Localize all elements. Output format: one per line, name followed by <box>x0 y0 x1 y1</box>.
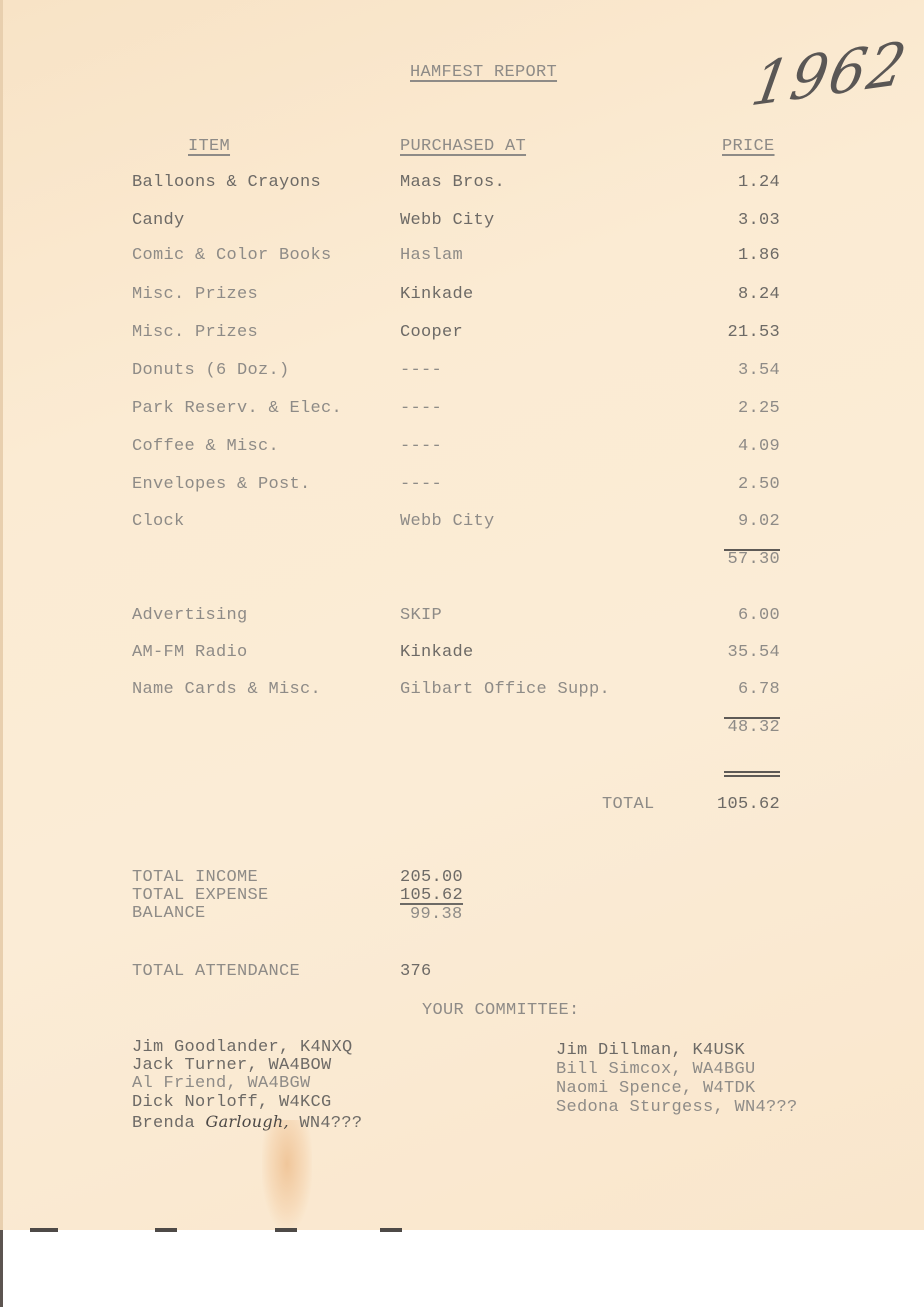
committee-member: Brenda Garlough, WN4??? <box>132 1112 362 1133</box>
item-cell: Clock <box>132 512 185 531</box>
document-title: HAMFEST REPORT <box>410 63 557 82</box>
price-cell: 6.00 <box>690 606 780 625</box>
price-cell: 2.50 <box>690 475 780 494</box>
scan-mark <box>380 1228 402 1232</box>
price-cell: 1.86 <box>690 246 780 265</box>
purchased-at-cell: Gilbart Office Supp. <box>400 680 610 699</box>
attendance-value: 376 <box>400 962 432 981</box>
purchased-at-cell: ---- <box>400 361 442 380</box>
item-cell: Donuts (6 Doz.) <box>132 361 290 380</box>
purchased-at-cell: Maas Bros. <box>400 173 505 192</box>
price-cell: 2.25 <box>690 399 780 418</box>
price-cell: 9.02 <box>690 512 780 531</box>
item-cell: Coffee & Misc. <box>132 437 279 456</box>
price-cell: 35.54 <box>690 643 780 662</box>
purchased-at-cell: ---- <box>400 475 442 494</box>
item-cell: Park Reserv. & Elec. <box>132 399 342 418</box>
item-cell: Misc. Prizes <box>132 323 258 342</box>
balance-value: 99.38 <box>410 905 463 924</box>
purchased-at-cell: ---- <box>400 399 442 418</box>
committee-heading: YOUR COMMITTEE: <box>422 1001 580 1020</box>
purchased-at-cell: SKIP <box>400 606 442 625</box>
item-cell: Envelopes & Post. <box>132 475 311 494</box>
total-label: TOTAL <box>602 795 655 814</box>
committee-member: Bill Simcox, WA4BGU <box>556 1060 756 1079</box>
committee-member: Dick Norloff, W4KCG <box>132 1093 332 1112</box>
total-double-rule-top <box>724 771 780 773</box>
balance-label: BALANCE <box>132 904 206 923</box>
item-cell: Misc. Prizes <box>132 285 258 304</box>
attendance-label: TOTAL ATTENDANCE <box>132 962 300 981</box>
committee-member: Al Friend, WA4BGW <box>132 1074 311 1093</box>
scan-mark <box>155 1228 177 1232</box>
purchased-at-cell: Cooper <box>400 323 463 342</box>
price-cell: 3.54 <box>690 361 780 380</box>
item-cell: Balloons & Crayons <box>132 173 321 192</box>
item-cell: Name Cards & Misc. <box>132 680 321 699</box>
purchased-at-cell: Webb City <box>400 211 495 230</box>
handwritten-surname: Garlough, <box>206 1112 289 1131</box>
price-cell: 21.53 <box>690 323 780 342</box>
purchased-at-cell: Kinkade <box>400 643 474 662</box>
total-value: 105.62 <box>690 795 780 814</box>
total-expense-value: 105.62 <box>400 886 463 905</box>
committee-member: Jack Turner, WA4BOW <box>132 1056 332 1075</box>
item-cell: Comic & Color Books <box>132 246 332 265</box>
scan-mark <box>275 1228 297 1232</box>
member-first-name: Brenda <box>132 1114 206 1133</box>
item-cell: Candy <box>132 211 185 230</box>
committee-member: Jim Goodlander, K4NXQ <box>132 1038 353 1057</box>
purchased-at-cell: Webb City <box>400 512 495 531</box>
purchased-at-cell: Kinkade <box>400 285 474 304</box>
purchased-at-cell: ---- <box>400 437 442 456</box>
scan-mark <box>30 1228 58 1232</box>
price-cell: 6.78 <box>690 680 780 699</box>
purchased-at-cell: Haslam <box>400 246 463 265</box>
column-header-purchased-at: PURCHASED AT <box>400 137 526 156</box>
member-callsign: WN4??? <box>289 1114 363 1133</box>
price-cell: 8.24 <box>690 285 780 304</box>
column-header-item: ITEM <box>188 137 230 156</box>
committee-member: Sedona Sturgess, WN4??? <box>556 1098 798 1117</box>
item-cell: AM-FM Radio <box>132 643 248 662</box>
subtotal-section-1: 57.30 <box>690 550 780 569</box>
total-expense-label: TOTAL EXPENSE <box>132 886 269 905</box>
total-income-value: 205.00 <box>400 868 463 887</box>
subtotal-section-2: 48.32 <box>690 718 780 737</box>
price-cell: 4.09 <box>690 437 780 456</box>
price-cell: 1.24 <box>690 173 780 192</box>
total-double-rule-bottom <box>724 775 780 777</box>
committee-member: Jim Dillman, K4USK <box>556 1041 745 1060</box>
total-income-label: TOTAL INCOME <box>132 868 258 887</box>
paper-left-margin <box>0 0 3 1230</box>
column-header-price: PRICE <box>722 137 775 156</box>
committee-member: Naomi Spence, W4TDK <box>556 1079 756 1098</box>
price-cell: 3.03 <box>690 211 780 230</box>
item-cell: Advertising <box>132 606 248 625</box>
coffee-stain <box>262 1120 312 1230</box>
